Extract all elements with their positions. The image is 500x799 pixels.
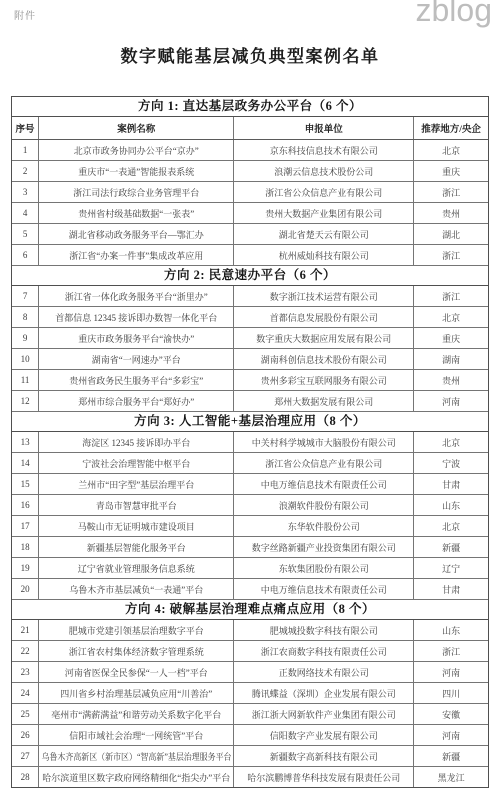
case-org: 数字丝路新疆产业投资集团有限公司 [234,537,414,557]
case-org: 浙江浙大网新软件产业集团有限公司 [234,704,414,724]
table-row: 1北京市政务协同办公平台“京办”京东科技信息技术有限公司北京 [12,140,488,161]
case-org: 杭州威灿科技有限公司 [234,245,414,265]
table-row: 3浙江司法行政综合业务管理平台浙江省公众信息产业有限公司浙江 [12,182,488,203]
table-row: 10湖南省“一网速办”平台湖南科创信息技术股份有限公司湖南 [12,349,488,370]
case-name: 浙江司法行政综合业务管理平台 [39,182,234,202]
case-region: 北京 [414,307,488,327]
table-row: 14宁波社会治理智能中枢平台浙江省公众信息产业有限公司宁波 [12,453,488,474]
case-seq: 28 [12,767,39,787]
case-name-text: 哈尔滨道里区数字政府网络精细化“指尖办”平台 [42,771,230,784]
case-org-text: 浪潮软件股份有限公司 [279,499,369,512]
case-seq: 19 [12,558,39,578]
case-name: 浙江省“办案一件事”集成改革应用 [39,245,234,265]
case-seq: 22 [12,641,39,661]
case-org: 浪潮软件股份有限公司 [234,495,414,515]
case-seq-text: 15 [21,479,30,489]
case-name: 湖北省移动政务服务平台—鄂汇办 [39,224,234,244]
case-region: 山东 [414,495,488,515]
case-name-text: 重庆市政务服务平台“渝快办” [78,332,194,345]
case-seq-text: 25 [21,709,30,719]
case-org: 东华软件股份公司 [234,516,414,536]
case-region: 山东 [414,620,488,640]
case-seq-text: 22 [21,646,30,656]
case-seq-text: 9 [23,333,28,343]
case-name-text: 贵州省村级基础数据“一张表” [78,207,194,220]
case-region-text: 新疆 [442,750,460,763]
case-region: 湖南 [414,349,488,369]
case-org-text: 中电万维信息技术有限责任公司 [261,583,387,596]
case-seq: 7 [12,286,39,306]
case-region: 四川 [414,683,488,703]
case-seq: 17 [12,516,39,536]
case-name-text: 宁波社会治理智能中枢平台 [82,457,190,470]
case-region: 新疆 [414,746,488,766]
case-seq-text: 18 [21,542,30,552]
case-name: 乌鲁木齐高新区（新市区）“智高新”基层治理服务平台 [39,746,234,766]
case-seq-text: 19 [21,563,30,573]
case-seq-text: 8 [23,312,28,322]
case-seq-text: 5 [23,229,28,239]
case-org: 郑州大数据发展有限公司 [234,391,414,411]
case-seq-text: 21 [21,625,30,635]
case-name-text: 浙江司法行政综合业务管理平台 [73,186,199,199]
case-name: 四川省乡村治理基层减负应用“川善治” [39,683,234,703]
case-seq: 2 [12,161,39,181]
case-seq-text: 6 [23,250,28,260]
case-seq: 25 [12,704,39,724]
column-header: 案例名称 [39,117,234,139]
case-seq-text: 27 [21,751,30,761]
case-region: 安徽 [414,704,488,724]
table-row: 26信阳市域社会治理“一网统管”平台信阳数字产业发展有限公司河南 [12,725,488,746]
case-region: 重庆 [414,328,488,348]
site-watermark: zblog [416,0,493,28]
case-seq: 24 [12,683,39,703]
case-org-text: 贵州大数据产业集团有限公司 [265,207,382,220]
case-seq: 23 [12,662,39,682]
table-row: 21肥城市党建引领基层治理数字平台肥城城投数字科技有限公司山东 [12,620,488,641]
case-org: 数字浙江技术运营有限公司 [234,286,414,306]
case-region-text: 山东 [442,624,460,637]
case-seq-text: 3 [23,187,28,197]
table-row: 13海淀区 12345 接诉即办平台中关村科学城城市大脑股份有限公司北京 [12,432,488,453]
case-region: 浙江 [414,245,488,265]
case-name-text: 郑州市综合服务平台“郑好办” [78,395,194,408]
case-region-text: 贵州 [442,374,460,387]
case-name: 肥城市党建引领基层治理数字平台 [39,620,234,640]
case-region: 甘肃 [414,474,488,494]
case-seq: 18 [12,537,39,557]
case-region-text: 甘肃 [442,583,460,596]
case-seq-text: 26 [21,730,30,740]
case-org-text: 哈尔滨鹏博普华科技发展有限责任公司 [247,771,400,784]
case-name: 哈尔滨道里区数字政府网络精细化“指尖办”平台 [39,767,234,787]
case-org-text: 信阳数字产业发展有限公司 [270,729,378,742]
case-region-text: 辽宁 [442,562,460,575]
section-header: 方向 1: 直达基层政务办公平台（6 个） [12,97,488,117]
case-region: 浙江 [414,641,488,661]
case-seq: 14 [12,453,39,473]
case-name: 亳州市“满薪满益”和谐劳动关系数字化平台 [39,704,234,724]
case-seq: 12 [12,391,39,411]
case-seq-text: 12 [21,396,30,406]
case-org-text: 浪潮云信息技术股份公司 [274,165,373,178]
table-row: 9重庆市政务服务平台“渝快办”数字重庆大数据应用发展有限公司重庆 [12,328,488,349]
case-name: 郑州市综合服务平台“郑好办” [39,391,234,411]
case-region-text: 湖南 [442,353,460,366]
table-row: 25亳州市“满薪满益”和谐劳动关系数字化平台浙江浙大网新软件产业集团有限公司安徽 [12,704,488,725]
table-row: 22浙江省农村集体经济数字管理系统浙江农商数字科技有限责任公司浙江 [12,641,488,662]
case-seq: 13 [12,432,39,452]
case-seq: 15 [12,474,39,494]
case-seq: 10 [12,349,39,369]
case-org: 哈尔滨鹏博普华科技发展有限责任公司 [234,767,414,787]
table-row: 7浙江省一体化政务服务平台“浙里办”数字浙江技术运营有限公司浙江 [12,286,488,307]
case-name: 信阳市域社会治理“一网统管”平台 [39,725,234,745]
case-name: 重庆市“一表通”智能报表系统 [39,161,234,181]
case-region-text: 重庆 [442,332,460,345]
case-seq: 9 [12,328,39,348]
case-region: 贵州 [414,203,488,223]
case-org: 浙江省公众信息产业有限公司 [234,453,414,473]
case-name: 浙江省一体化政务服务平台“浙里办” [39,286,234,306]
case-region: 甘肃 [414,579,488,599]
case-seq: 26 [12,725,39,745]
case-name-text: 海淀区 12345 接诉即办平台 [82,436,190,449]
case-region-text: 浙江 [442,645,460,658]
case-name-text: 肥城市党建引领基层治理数字平台 [69,624,204,637]
case-seq-text: 17 [21,521,30,531]
case-org: 中电万维信息技术有限责任公司 [234,474,414,494]
case-name: 新疆基层智能化服务平台 [39,537,234,557]
case-org-text: 浙江省公众信息产业有限公司 [265,457,382,470]
case-seq-text: 23 [21,667,30,677]
case-name-text: 湖南省“一网速办”平台 [92,353,181,366]
case-org-text: 新疆数字高新科技有限公司 [270,750,378,763]
case-org-text: 浙江浙大网新软件产业集团有限公司 [252,708,396,721]
case-region-text: 北京 [442,311,460,324]
case-org: 正数网络技术有限公司 [234,662,414,682]
table-row: 5湖北省移动政务服务平台—鄂汇办湖北省楚天云有限公司湖北 [12,224,488,245]
case-region-text: 浙江 [442,290,460,303]
case-region: 浙江 [414,286,488,306]
section-header: 方向 3: 人工智能+基层治理应用（8 个） [12,412,488,432]
attachment-label: 附件 [14,7,36,22]
case-org: 贵州多彩宝互联网服务有限公司 [234,370,414,390]
case-org-text: 首都信息发展股份有限公司 [270,311,378,324]
case-region: 北京 [414,140,488,160]
case-name-text: 浙江省“办案一件事”集成改革应用 [69,249,203,262]
case-region-text: 浙江 [442,249,460,262]
table-row: 4贵州省村级基础数据“一张表”贵州大数据产业集团有限公司贵州 [12,203,488,224]
case-region-text: 河南 [442,395,460,408]
case-name-text: 马鞍山市无证明城市建设项目 [78,520,195,533]
case-seq: 8 [12,307,39,327]
case-name-text: 湖北省移动政务服务平台—鄂汇办 [69,228,204,241]
case-org: 浙江农商数字科技有限责任公司 [234,641,414,661]
case-name-text: 浙江省一体化政务服务平台“浙里办” [65,290,208,303]
case-region-text: 贵州 [442,207,460,220]
case-name: 北京市政务协同办公平台“京办” [39,140,234,160]
column-header-text: 序号 [16,121,35,135]
case-name: 辽宁省就业管理服务信息系统 [39,558,234,578]
case-region: 河南 [414,391,488,411]
case-org-text: 数字重庆大数据应用发展有限公司 [256,332,391,345]
case-name-text: 信阳市域社会治理“一网统管”平台 [69,729,203,742]
case-org-text: 数字丝路新疆产业投资集团有限公司 [252,541,396,554]
case-name: 乌鲁木齐市基层减负“一表通”平台 [39,579,234,599]
table-row: 19辽宁省就业管理服务信息系统东软集团股份有限公司辽宁 [12,558,488,579]
case-name-text: 乌鲁木齐高新区（新市区）“智高新”基层治理服务平台 [41,750,231,763]
table-row: 2重庆市“一表通”智能报表系统浪潮云信息技术股份公司重庆 [12,161,488,182]
case-org: 京东科技信息技术有限公司 [234,140,414,160]
case-org: 中电万维信息技术有限责任公司 [234,579,414,599]
column-header-text: 申报单位 [305,121,343,135]
table-row: 6浙江省“办案一件事”集成改革应用杭州威灿科技有限公司浙江 [12,245,488,266]
case-org: 浪潮云信息技术股份公司 [234,161,414,181]
case-org: 肥城城投数字科技有限公司 [234,620,414,640]
case-region: 黑龙江 [414,767,488,787]
case-region-text: 新疆 [442,541,460,554]
case-org: 贵州大数据产业集团有限公司 [234,203,414,223]
case-region: 河南 [414,662,488,682]
case-org-text: 东华软件股份公司 [288,520,360,533]
case-region: 北京 [414,432,488,452]
case-seq-text: 1 [23,145,28,155]
table-row: 8首都信息 12345 接诉即办数智一体化平台首都信息发展股份有限公司北京 [12,307,488,328]
case-region-text: 浙江 [442,186,460,199]
case-seq-text: 24 [21,688,30,698]
table-row: 24四川省乡村治理基层减负应用“川善治”腾讯蝶益（深圳）企业发展有限公司四川 [12,683,488,704]
case-region-text: 北京 [442,436,460,449]
case-name-text: 辽宁省就业管理服务信息系统 [78,562,195,575]
case-seq-text: 4 [23,208,28,218]
column-header-text: 案例名称 [117,121,155,135]
case-seq-text: 28 [21,772,30,782]
case-region-text: 四川 [442,687,460,700]
case-seq: 21 [12,620,39,640]
table-row: 28哈尔滨道里区数字政府网络精细化“指尖办”平台哈尔滨鹏博普华科技发展有限责任公… [12,767,488,787]
case-org: 新疆数字高新科技有限公司 [234,746,414,766]
case-org: 中关村科学城城市大脑股份有限公司 [234,432,414,452]
case-seq-text: 11 [21,375,30,385]
case-region-text: 重庆 [442,165,460,178]
case-region-text: 宁波 [442,457,460,470]
case-org-text: 湖南科创信息技术股份有限公司 [261,353,387,366]
case-region-text: 山东 [442,499,460,512]
case-name-text: 兰州市“田字型”基层治理平台 [78,478,194,491]
case-name-text: 首都信息 12345 接诉即办数智一体化平台 [55,311,217,324]
case-region-text: 黑龙江 [438,771,465,784]
table-row: 11贵州省政务民生服务平台“多彩宝”贵州多彩宝互联网服务有限公司贵州 [12,370,488,391]
case-name-text: 贵州省政务民生服务平台“多彩宝” [69,374,203,387]
case-region: 贵州 [414,370,488,390]
case-name-text: 青岛市智慧审批平台 [96,499,177,512]
case-name: 海淀区 12345 接诉即办平台 [39,432,234,452]
case-org-text: 京东科技信息技术有限公司 [270,144,378,157]
column-header: 序号 [12,117,39,139]
case-org-text: 郑州大数据发展有限公司 [274,395,373,408]
case-region: 河南 [414,725,488,745]
case-region-text: 北京 [442,144,460,157]
case-name: 兰州市“田字型”基层治理平台 [39,474,234,494]
case-region-text: 安徽 [442,708,460,721]
case-name: 马鞍山市无证明城市建设项目 [39,516,234,536]
section-header: 方向 2: 民意速办平台（6 个） [12,266,488,286]
case-seq-text: 2 [23,166,28,176]
case-name-text: 乌鲁木齐市基层减负“一表通”平台 [69,583,203,596]
case-org-text: 中关村科学城城市大脑股份有限公司 [252,436,396,449]
case-name: 湖南省“一网速办”平台 [39,349,234,369]
case-org: 腾讯蝶益（深圳）企业发展有限公司 [234,683,414,703]
case-region: 重庆 [414,161,488,181]
case-org: 湖南科创信息技术股份有限公司 [234,349,414,369]
case-org-text: 贵州多彩宝互联网服务有限公司 [261,374,387,387]
section-header: 方向 4: 破解基层治理难点痛点应用（8 个） [12,600,488,620]
case-seq-text: 7 [23,291,28,301]
case-name-text: 河南省医保全民参保“一人一档”平台 [65,666,208,679]
case-name-text: 亳州市“满薪满益”和谐劳动关系数字化平台 [51,708,221,721]
case-org-text: 浙江省公众信息产业有限公司 [265,186,382,199]
case-seq: 3 [12,182,39,202]
case-seq: 6 [12,245,39,265]
case-seq: 20 [12,579,39,599]
column-header-text: 推荐地方/央企 [421,121,481,135]
case-seq-text: 14 [21,458,30,468]
table-row: 20乌鲁木齐市基层减负“一表通”平台中电万维信息技术有限责任公司甘肃 [12,579,488,600]
case-seq-text: 16 [21,500,30,510]
column-header-row: 序号案例名称申报单位推荐地方/央企 [12,117,488,140]
case-org-text: 杭州威灿科技有限公司 [279,249,369,262]
case-org: 浙江省公众信息产业有限公司 [234,182,414,202]
case-org-text: 浙江农商数字科技有限责任公司 [261,645,387,658]
case-seq: 16 [12,495,39,515]
case-org-text: 腾讯蝶益（深圳）企业发展有限公司 [252,687,396,700]
case-region: 北京 [414,516,488,536]
case-org-text: 数字浙江技术运营有限公司 [270,290,378,303]
case-seq: 5 [12,224,39,244]
case-seq: 11 [12,370,39,390]
case-region-text: 北京 [442,520,460,533]
case-region-text: 甘肃 [442,478,460,491]
table-row: 27乌鲁木齐高新区（新市区）“智高新”基层治理服务平台新疆数字高新科技有限公司新… [12,746,488,767]
case-name-text: 重庆市“一表通”智能报表系统 [78,165,194,178]
case-seq-text: 10 [21,354,30,364]
case-org: 数字重庆大数据应用发展有限公司 [234,328,414,348]
case-seq-text: 13 [21,437,30,447]
table-row: 12郑州市综合服务平台“郑好办”郑州大数据发展有限公司河南 [12,391,488,412]
case-name: 重庆市政务服务平台“渝快办” [39,328,234,348]
table-row: 16青岛市智慧审批平台浪潮软件股份有限公司山东 [12,495,488,516]
case-org-text: 湖北省楚天云有限公司 [279,228,369,241]
case-name: 河南省医保全民参保“一人一档”平台 [39,662,234,682]
case-region-text: 河南 [442,666,460,679]
document-title: 数字赋能基层减负典型案例名单 [0,42,500,67]
table-row: 17马鞍山市无证明城市建设项目东华软件股份公司北京 [12,516,488,537]
table-row: 15兰州市“田字型”基层治理平台中电万维信息技术有限责任公司甘肃 [12,474,488,495]
case-region: 浙江 [414,182,488,202]
case-name: 贵州省村级基础数据“一张表” [39,203,234,223]
case-name: 浙江省农村集体经济数字管理系统 [39,641,234,661]
case-region: 湖北 [414,224,488,244]
case-name: 首都信息 12345 接诉即办数智一体化平台 [39,307,234,327]
case-org: 湖北省楚天云有限公司 [234,224,414,244]
case-org-text: 东软集团股份有限公司 [279,562,369,575]
column-header: 推荐地方/央企 [414,117,488,139]
case-name: 贵州省政务民生服务平台“多彩宝” [39,370,234,390]
case-region: 辽宁 [414,558,488,578]
case-seq: 1 [12,140,39,160]
case-org: 东软集团股份有限公司 [234,558,414,578]
case-org-text: 中电万维信息技术有限责任公司 [261,478,387,491]
case-name-text: 北京市政务协同办公平台“京办” [74,144,199,157]
case-seq: 27 [12,746,39,766]
case-name-text: 新疆基层智能化服务平台 [87,541,186,554]
case-name-text: 浙江省农村集体经济数字管理系统 [69,645,204,658]
case-region: 宁波 [414,453,488,473]
case-seq-text: 20 [21,584,30,594]
case-org: 首都信息发展股份有限公司 [234,307,414,327]
column-header: 申报单位 [234,117,414,139]
table-row: 18新疆基层智能化服务平台数字丝路新疆产业投资集团有限公司新疆 [12,537,488,558]
case-region-text: 湖北 [442,228,460,241]
case-org: 信阳数字产业发展有限公司 [234,725,414,745]
case-name: 青岛市智慧审批平台 [39,495,234,515]
case-org-text: 肥城城投数字科技有限公司 [270,624,378,637]
case-table: 方向 1: 直达基层政务办公平台（6 个）序号案例名称申报单位推荐地方/央企1北… [11,96,489,788]
case-name-text: 四川省乡村治理基层减负应用“川善治” [60,687,212,700]
table-row: 23河南省医保全民参保“一人一档”平台正数网络技术有限公司河南 [12,662,488,683]
case-seq: 4 [12,203,39,223]
case-name: 宁波社会治理智能中枢平台 [39,453,234,473]
case-org-text: 正数网络技术有限公司 [279,666,369,679]
case-region-text: 河南 [442,729,460,742]
case-region: 新疆 [414,537,488,557]
